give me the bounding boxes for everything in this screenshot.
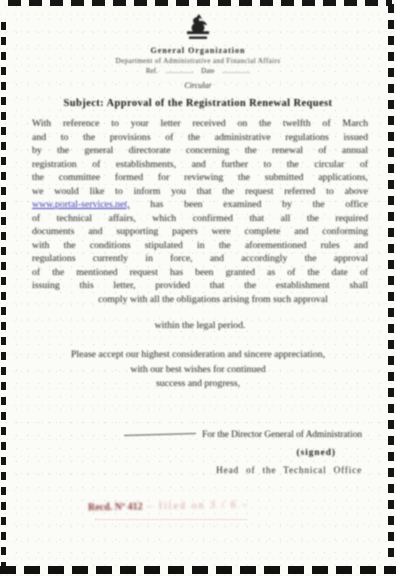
letter-content: General Organization Department of Admin… xyxy=(0,0,396,576)
paragraph-line: we would like to inform you that the req… xyxy=(32,185,368,199)
paragraph-line: With reference to your letter received o… xyxy=(32,117,368,131)
stamp-text-dark: Recd. Nº 412 xyxy=(88,501,143,513)
paragraph-line: by the general directorate concerning th… xyxy=(32,144,368,158)
closing-line-2: with our best wishes for continued xyxy=(20,363,376,378)
paragraph-text: of the mentioned request has been grante… xyxy=(32,267,368,278)
signature-position: Head of the Technical Office xyxy=(112,462,362,480)
paragraph-line: of technical affairs, which confirmed th… xyxy=(32,212,368,226)
letterhead-ref-date: Ref. ………… Date ………… xyxy=(0,67,396,75)
paragraph-line: with the conditions stipulated in the af… xyxy=(32,239,368,253)
notice-word: Circular xyxy=(0,81,396,90)
paragraph-line: of the mentioned request has been grante… xyxy=(32,266,368,280)
paragraph-text: by the general directorate concerning th… xyxy=(32,145,368,156)
paragraph-text: and to the provisions of the administrat… xyxy=(32,132,368,143)
signature-rule xyxy=(124,433,196,436)
closing-block: Please accept our highest consideration … xyxy=(20,348,376,392)
paragraph-line: documents and supporting papers were com… xyxy=(32,225,368,239)
paragraph-line: comply with all the obligations arising … xyxy=(94,293,332,307)
paragraph-text: comply with all the obligations arising … xyxy=(98,294,328,305)
signature-signed: (signed) xyxy=(112,444,362,462)
paragraph-line: regulations currently in force, and acco… xyxy=(32,252,368,266)
subject-heading: Subject: Approval of the Registration Re… xyxy=(0,98,396,109)
hyperlink[interactable]: www.portal-services.net, xyxy=(32,199,130,210)
paragraph-text: regulations currently in force, and acco… xyxy=(32,253,368,264)
paragraph-text: within the legal period. xyxy=(155,320,246,331)
paragraph-text: documents and supporting papers were com… xyxy=(32,226,368,237)
signature-title-line: For the Director General of Administrati… xyxy=(112,426,362,444)
signature-title: For the Director General of Administrati… xyxy=(202,430,362,440)
stamp-underline xyxy=(95,519,247,520)
scanned-letter-page: General Organization Department of Admin… xyxy=(0,0,396,576)
paragraph-text: With reference to your letter received o… xyxy=(32,118,368,129)
body-paragraph: With reference to your letter received o… xyxy=(32,117,368,333)
paragraph-text: has been examined by the office xyxy=(130,199,368,210)
paragraph-text: registration of establishments, and furt… xyxy=(32,159,368,170)
paragraph-text: of technical affairs, which confirmed th… xyxy=(32,213,368,224)
closing-line-1: Please accept our highest consideration … xyxy=(20,348,376,363)
paragraph-line: www.portal-services.net, has been examin… xyxy=(32,198,368,212)
paragraph-line: the committee formed for reviewing the s… xyxy=(32,171,368,185)
paragraph-line: issuing this letter, provided that the e… xyxy=(32,279,368,293)
paragraph-line: within the legal period. xyxy=(132,319,268,333)
paragraph-line: registration of establishments, and furt… xyxy=(32,158,368,172)
paragraph-text: we would like to inform you that the req… xyxy=(32,186,368,197)
letterhead-org-name: General Organization xyxy=(0,46,396,55)
paragraph-text: the committee formed for reviewing the s… xyxy=(32,172,368,183)
paragraph-text: issuing this letter, provided that the e… xyxy=(32,280,368,291)
paragraph-line: and to the provisions of the administrat… xyxy=(32,131,368,145)
closing-line-3: success and progress, xyxy=(20,377,376,392)
letterhead-department: Department of Administrative and Financi… xyxy=(0,57,396,65)
paragraph-text: with the conditions stipulated in the af… xyxy=(32,240,368,251)
stamp-text-faded: – filed on 3 / 6 – xyxy=(143,500,250,513)
signature-block: For the Director General of Administrati… xyxy=(112,426,362,480)
